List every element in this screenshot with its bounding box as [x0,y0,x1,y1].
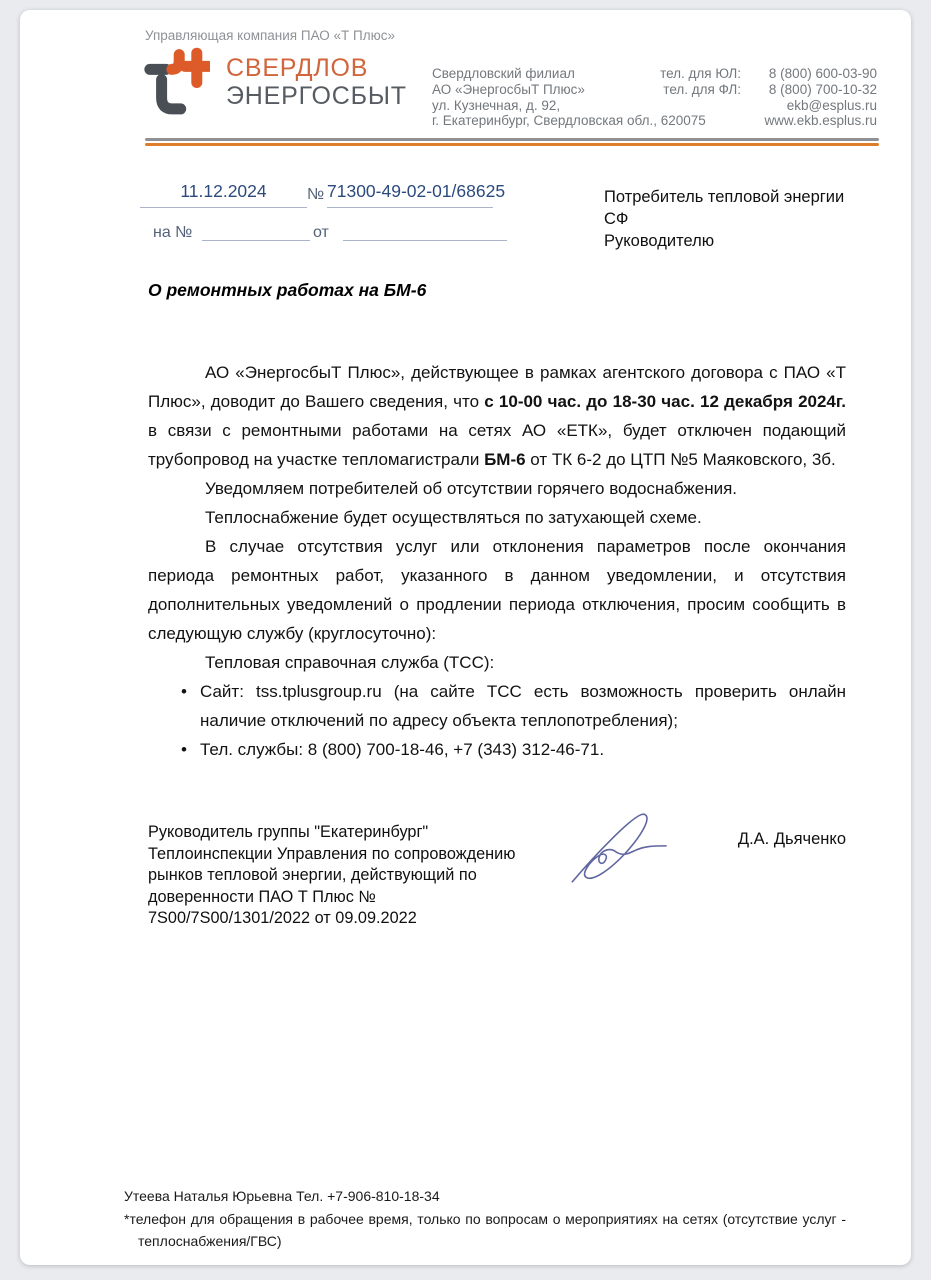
number-sign-label: № [307,186,324,204]
document-page: Управляющая компания ПАО «Т Плюс» СВЕРДЛ… [20,10,911,1265]
letterhead-divider [145,138,879,146]
letter-date-field: 11.12.2024 [140,181,307,208]
paragraph-tss: Тепловая справочная служба (ТСС): [148,648,846,677]
managing-company-note: Управляющая компания ПАО «Т Плюс» [145,28,395,43]
handwritten-signature [560,796,674,894]
brand-name-line2: ЭНЕРГОСБЫТ [226,82,407,110]
brand-name-line1: СВЕРДЛОВ [226,54,407,82]
phone-individual-label: тел. для ФЛ: [663,82,741,98]
paragraph-announcement: АО «ЭнергосбыТ Плюс», действующее в рамк… [148,358,846,474]
signer-position-line: рынков тепловой энергии, действующий по [148,865,518,887]
bullet-site-text: Сайт: tss.tplusgroup.ru (на сайте ТСС ес… [200,677,846,735]
paragraph-heating-scheme: Теплоснабжение будет осуществляться по з… [148,503,846,532]
phone-legal-label: тел. для ЮЛ: [660,66,741,82]
reply-number-blank-field [202,216,310,241]
paragraph-hot-water: Уведомляем потребителей об отсутствии го… [148,474,846,503]
signer-position-line: 7S00/7S00/1301/2022 от 09.09.2022 [148,908,518,930]
signer-position-line: Руководитель группы "Екатеринбург" [148,822,518,844]
letter-subject: О ремонтных работах на БМ-6 [148,280,426,301]
recipient-line: СФ [604,208,844,230]
p1-text: от ТК 6-2 до ЦТП №5 Маяковского, 3б. [526,450,836,469]
viewer-background: Управляющая компания ПАО «Т Плюс» СВЕРДЛ… [0,0,931,1280]
signer-position-line: доверенности ПАО Т Плюс № [148,887,518,909]
divider-orange-line [145,143,879,146]
footer-note-line1: *телефон для обращения в рабочее время, … [124,1208,846,1231]
bullet-phones-text: Тел. службы: 8 (800) 700-18-46, +7 (343)… [200,735,846,764]
tplus-logo-icon [144,46,210,122]
bullet-icon: • [181,735,200,764]
paragraph-contact-instruction: В случае отсутствия услуг или отклонения… [148,532,846,648]
executor-footer: Утеева Наталья Юрьевна Тел. +7-906-810-1… [124,1185,846,1253]
phone-individual-value: 8 (800) 700-10-32 [757,82,877,98]
reply-date-blank-field [343,216,507,241]
list-item: • Сайт: tss.tplusgroup.ru (на сайте ТСС … [148,677,846,735]
signer-position-line: Теплоинспекции Управления по сопровожден… [148,844,518,866]
reply-to-number-label: на № [153,224,192,242]
executor-contact: Утеева Наталья Юрьевна Тел. +7-906-810-1… [124,1185,846,1208]
p1-bold-main: БМ-6 [484,450,526,469]
p1-bold-period: с 10-00 час. до 18-30 час. 12 декабря 20… [484,392,846,411]
reply-from-label: от [313,224,329,242]
signer-position-block: Руководитель группы "Екатеринбург" Тепло… [148,822,518,930]
email-text: ekb@esplus.ru [757,98,877,114]
website-text: www.ekb.esplus.ru [757,113,877,129]
recipient-line: Потребитель тепловой энергии [604,186,844,208]
footer-note-line2: теплоснабжения/ГВС) [124,1230,846,1253]
contact-block: тел. для ЮЛ: 8 (800) 600-03-90 тел. для … [660,66,877,129]
recipient-block: Потребитель тепловой энергии СФ Руководи… [604,186,844,252]
letter-number-field: 71300-49-02-01/68625 [327,181,493,208]
recipient-line: Руководителю [604,230,844,252]
signer-name: Д.А. Дьяченко [738,830,846,849]
bullet-icon: • [181,677,200,735]
brand-wordmark: СВЕРДЛОВ ЭНЕРГОСБЫТ [226,54,407,110]
letter-body: АО «ЭнергосбыТ Плюс», действующее в рамк… [148,358,846,764]
phone-legal-value: 8 (800) 600-03-90 [757,66,877,82]
divider-gray-line [145,138,879,141]
list-item: • Тел. службы: 8 (800) 700-18-46, +7 (34… [148,735,846,764]
